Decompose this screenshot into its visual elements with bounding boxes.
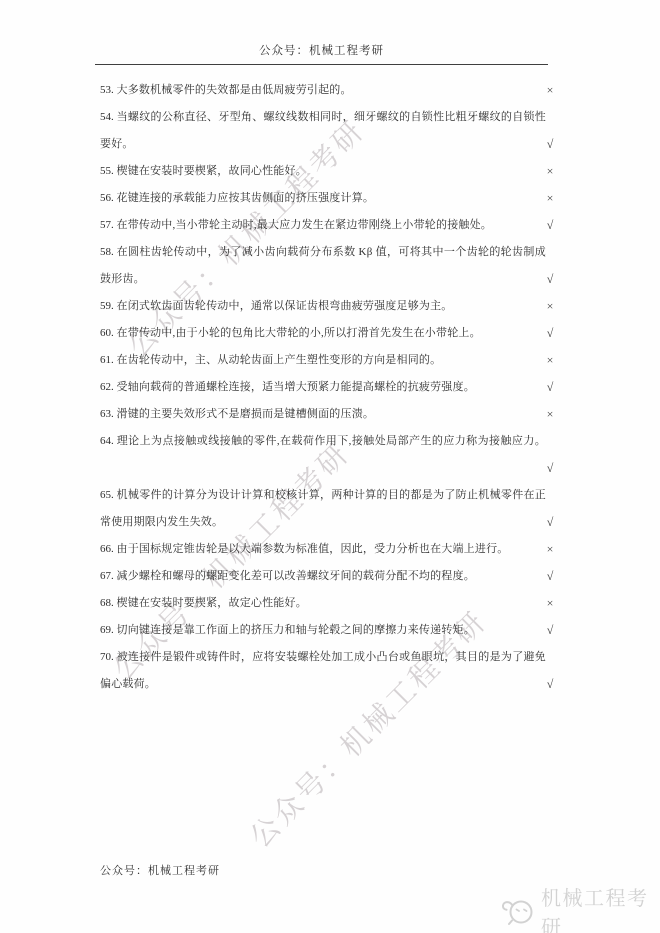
page-header: 公众号：机械工程考研: [95, 42, 548, 65]
answer-cross-mark: ×: [542, 347, 558, 374]
question-text: 60. 在带传动中,由于小轮的包角比大带轮的小,所以打滑首先发生在小带轮上。: [100, 320, 558, 347]
question-number: 58.: [100, 246, 117, 258]
answer-check-mark: √: [542, 617, 558, 644]
question-number: 69.: [100, 624, 117, 636]
question-row: 63. 滑键的主要失效形式不是磨损而是键槽侧面的压溃。×: [100, 401, 558, 428]
question-text: 63. 滑键的主要失效形式不是磨损而是键槽侧面的压溃。: [100, 401, 558, 428]
answer-cross-mark: ×: [542, 536, 558, 563]
question-row: 65. 机械零件的计算分为设计计算和校核计算，两种计算的目的都是为了防止机械零件…: [100, 482, 558, 509]
question-text: 70. 被连接件是锻件或铸件时，应将安装螺栓处加工成小凸台或鱼眼坑，其目的是为了…: [100, 644, 558, 671]
question-text: 58. 在圆柱齿轮传动中，为了减小齿向载荷分布系数 Kβ 值，可将其中一个齿轮的…: [100, 239, 558, 266]
question-row: 58. 在圆柱齿轮传动中，为了减小齿向载荷分布系数 Kβ 值，可将其中一个齿轮的…: [100, 239, 558, 266]
question-row: 67. 减少螺栓和螺母的螺距变化差可以改善螺纹牙间的载荷分配不均的程度。√: [100, 563, 558, 590]
question-number: 65.: [100, 489, 117, 501]
question-text: 66. 由于国标规定锥齿轮是以大端参数为标准值，因此，受力分析也在大端上进行。: [100, 536, 558, 563]
question-number: 54.: [100, 111, 117, 123]
question-row: 69. 切向键连接是靠工作面上的挤压力和轴与轮毂之间的摩擦力来传递转矩。√: [100, 617, 558, 644]
question-text: 62. 受轴向载荷的普通螺栓连接，适当增大预紧力能提高螺栓的抗疲劳强度。: [100, 374, 558, 401]
question-number: 62.: [100, 381, 117, 393]
question-row: 61. 在齿轮传动中，主、从动轮齿面上产生塑性变形的方向是相同的。×: [100, 347, 558, 374]
page-footer: 公众号：机械工程考研: [100, 862, 220, 878]
question-text-continued: 偏心载荷。: [100, 671, 558, 698]
question-text-continued: 鼓形齿。: [100, 266, 558, 293]
question-text: 67. 减少螺栓和螺母的螺距变化差可以改善螺纹牙间的载荷分配不均的程度。: [100, 563, 558, 590]
question-row: 要好。√: [100, 131, 558, 158]
answer-check-mark: √: [542, 509, 558, 536]
question-number: 60.: [100, 327, 117, 339]
answer-cross-mark: ×: [542, 401, 558, 428]
brand-watermark: 机械工程考研: [500, 882, 660, 933]
answer-check-mark: √: [542, 455, 558, 482]
question-row: √: [100, 455, 558, 482]
document-page: 公众号：机械工程考研 公众号：机械工程考研 公众号：机械工程考研 公众号：机械工…: [0, 0, 660, 933]
answer-cross-mark: ×: [542, 293, 558, 320]
question-number: 68.: [100, 597, 117, 609]
question-text-continued: 常使用期限内发生失效。: [100, 509, 558, 536]
question-text: 64. 理论上为点接触或线接触的零件,在载荷作用下,接触处局部产生的应力称为接触…: [100, 428, 558, 455]
answer-cross-mark: ×: [542, 590, 558, 617]
wechat-bubbles-icon: [500, 896, 536, 926]
question-number: 70.: [100, 651, 117, 663]
question-row: 55. 楔键在安装时要楔紧，故同心性能好。×: [100, 158, 558, 185]
question-number: 64.: [100, 435, 117, 447]
answer-check-mark: √: [542, 131, 558, 158]
question-row: 常使用期限内发生失效。√: [100, 509, 558, 536]
question-text: 55. 楔键在安装时要楔紧，故同心性能好。: [100, 158, 558, 185]
question-list: 53. 大多数机械零件的失效都是由低周疲劳引起的。×54. 当螺纹的公称直径、牙…: [100, 77, 558, 698]
question-row: 59. 在闭式软齿面齿轮传动中，通常以保证齿根弯曲疲劳强度足够为主。×: [100, 293, 558, 320]
question-number: 66.: [100, 543, 117, 555]
brand-text: 机械工程考研: [541, 882, 660, 933]
answer-check-mark: √: [542, 563, 558, 590]
question-text: 69. 切向键连接是靠工作面上的挤压力和轴与轮毂之间的摩擦力来传递转矩。: [100, 617, 558, 644]
question-row: 68. 楔键在安装时要楔紧，故定心性能好。×: [100, 590, 558, 617]
question-row: 56. 花键连接的承载能力应按其齿侧面的挤压强度计算。×: [100, 185, 558, 212]
question-number: 53.: [100, 84, 117, 96]
question-row: 60. 在带传动中,由于小轮的包角比大带轮的小,所以打滑首先发生在小带轮上。√: [100, 320, 558, 347]
question-text-continued: 要好。: [100, 131, 558, 158]
answer-cross-mark: ×: [542, 185, 558, 212]
question-row: 64. 理论上为点接触或线接触的零件,在载荷作用下,接触处局部产生的应力称为接触…: [100, 428, 558, 455]
answer-check-mark: √: [542, 320, 558, 347]
question-row: 57. 在带传动中,当小带轮主动时,最大应力发生在紧边带刚绕上小带轮的接触处。√: [100, 212, 558, 239]
answer-cross-mark: ×: [542, 77, 558, 104]
question-row: 53. 大多数机械零件的失效都是由低周疲劳引起的。×: [100, 77, 558, 104]
question-row: 偏心载荷。√: [100, 671, 558, 698]
question-row: 66. 由于国标规定锥齿轮是以大端参数为标准值，因此，受力分析也在大端上进行。×: [100, 536, 558, 563]
question-number: 63.: [100, 408, 117, 420]
question-text: 68. 楔键在安装时要楔紧，故定心性能好。: [100, 590, 558, 617]
question-number: 61.: [100, 354, 117, 366]
question-row: 54. 当螺纹的公称直径、牙型角、螺纹线数相同时，细牙螺纹的自锁性比粗牙螺纹的自…: [100, 104, 558, 131]
answer-cross-mark: ×: [542, 158, 558, 185]
question-text: 65. 机械零件的计算分为设计计算和校核计算，两种计算的目的都是为了防止机械零件…: [100, 482, 558, 509]
question-text-continued: [100, 455, 558, 482]
answer-check-mark: √: [542, 374, 558, 401]
answer-check-mark: √: [542, 212, 558, 239]
answer-check-mark: √: [542, 266, 558, 293]
question-number: 56.: [100, 192, 117, 204]
question-number: 67.: [100, 570, 117, 582]
question-row: 鼓形齿。√: [100, 266, 558, 293]
question-text: 53. 大多数机械零件的失效都是由低周疲劳引起的。: [100, 77, 558, 104]
question-text: 57. 在带传动中,当小带轮主动时,最大应力发生在紧边带刚绕上小带轮的接触处。: [100, 212, 558, 239]
header-title: 公众号：机械工程考研: [259, 45, 384, 57]
question-row: 70. 被连接件是锻件或铸件时，应将安装螺栓处加工成小凸台或鱼眼坑，其目的是为了…: [100, 644, 558, 671]
question-row: 62. 受轴向载荷的普通螺栓连接，适当增大预紧力能提高螺栓的抗疲劳强度。√: [100, 374, 558, 401]
question-number: 59.: [100, 300, 117, 312]
question-text: 59. 在闭式软齿面齿轮传动中，通常以保证齿根弯曲疲劳强度足够为主。: [100, 293, 558, 320]
answer-check-mark: √: [542, 671, 558, 698]
question-text: 61. 在齿轮传动中，主、从动轮齿面上产生塑性变形的方向是相同的。: [100, 347, 558, 374]
question-text: 54. 当螺纹的公称直径、牙型角、螺纹线数相同时，细牙螺纹的自锁性比粗牙螺纹的自…: [100, 104, 558, 131]
question-text: 56. 花键连接的承载能力应按其齿侧面的挤压强度计算。: [100, 185, 558, 212]
question-number: 57.: [100, 219, 117, 231]
question-number: 55.: [100, 165, 117, 177]
